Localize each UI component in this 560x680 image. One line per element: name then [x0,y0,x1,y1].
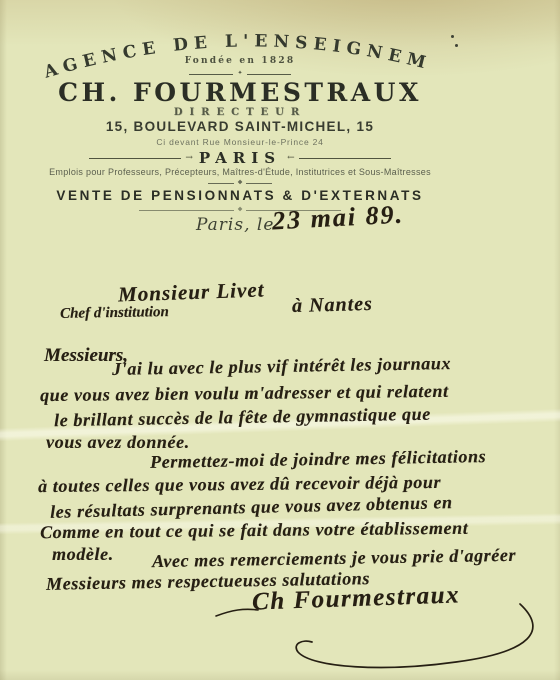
divider-services: ◆ [0,180,480,186]
founded-line: Fondée en 1828 [0,56,480,66]
divider-tagline: ◆ [0,207,480,213]
arrow-right-icon: → [185,153,193,163]
body-line: le brillant succès de la fête de gymnast… [54,404,431,432]
recipient-city: à Nantes [292,293,373,318]
divider-line [89,158,181,159]
body-line: J'ai lu avec le plus vif intérêt les jou… [112,353,451,380]
dateline-printed: Paris, le [196,215,274,235]
scroll-ornament-icon: ✦ [237,71,242,77]
divider-line [246,183,272,184]
diamond-ornament-icon: ◆ [238,207,243,213]
former-address: Ci devant Rue Monsieur-le-Prince 24 [0,137,480,147]
divider-line [139,210,234,211]
recipient-name: Monsieur Livet [118,277,265,307]
body-line: Comme en tout ce qui se fait dans votre … [40,518,468,543]
body-line: Permettez-moi de joindre mes félicitatio… [150,446,486,473]
tagline: VENTE DE PENSIONNATS & D'EXTERNATS [0,188,480,203]
director-title: DIRECTEUR [0,107,480,118]
body-line: que vous avez bien voulu m'adresser et q… [40,381,449,406]
ink-specks [451,35,454,38]
director-name: CH. FOURMESTRAUX [0,78,480,107]
city-name: PARIS [199,149,281,167]
divider-line [208,183,234,184]
divider-line [189,74,233,75]
services-line: Emplois pour Professeurs, Précepteurs, M… [0,167,480,177]
street-address: 15, BOULEVARD SAINT-MICHEL, 15 [0,119,480,134]
letter-scan: AGENCE DE L'ENSEIGNEMENT Fondée en 1828 … [0,0,560,680]
divider-founded: ✦ [0,71,480,77]
diamond-ornament-icon: ◆ [238,180,243,186]
divider-line [247,74,291,75]
divider-line [299,158,391,159]
signature-flourish [200,590,550,680]
arrow-left-icon: ← [287,153,295,163]
recipient-title: Chef d'institution [60,304,169,323]
body-line: modèle. [52,544,114,565]
body-line: vous avez donnée. [46,432,190,453]
city-row: → PARIS ← [0,149,480,167]
letterhead: AGENCE DE L'ENSEIGNEMENT Fondée en 1828 … [0,0,480,240]
